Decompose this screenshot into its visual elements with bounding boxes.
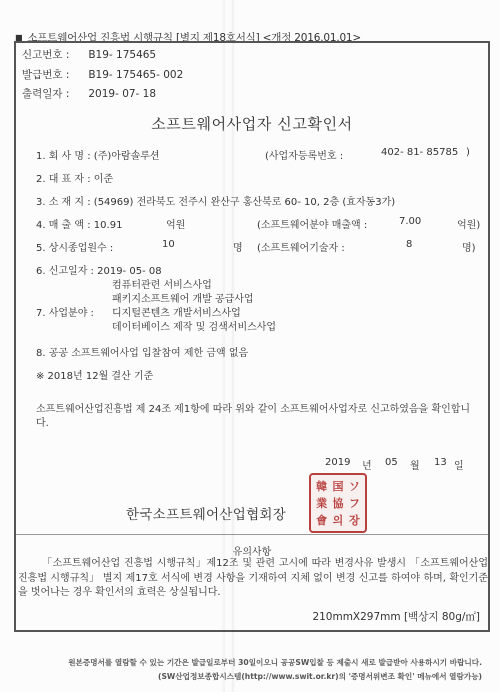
notice-title: 유의사항 <box>16 543 488 558</box>
ceo-label: 2. 대 표 자 : <box>36 174 91 185</box>
seal-glyph: 韓 <box>314 478 329 494</box>
company-name-row: 1. 회 사 명 : (주)아람솔루션 <box>36 147 160 162</box>
footnote-validity: 원본증명서를 열람할 수 있는 기간은 발급일로부터 30일이오니 공공SW입찰… <box>68 657 482 668</box>
seal-glyph: 協 <box>330 495 345 511</box>
issue-number-value: B19- 175465- 002 <box>88 69 183 81</box>
confirmation-statement: 소프트웨어산업진흥법 제 24조 제1항에 따라 위와 같이 소프트웨어사업자로… <box>36 403 476 431</box>
settlement-basis-note: ※ 2018년 12월 결산 기준 <box>36 367 153 382</box>
address-row: 3. 소 재 지 : (54969) 전라북도 전주시 완산구 홍산북로 60-… <box>36 193 395 208</box>
section-divider <box>16 534 488 535</box>
business-fields-label: 7. 사업분야 : <box>36 304 94 319</box>
print-date-value: 2019- 07- 18 <box>88 88 156 100</box>
report-date-label: 6. 신고일자 : <box>36 266 94 277</box>
report-number-value: B19- 175465 <box>88 49 156 61</box>
report-date-row: 6. 신고일자 : 2019- 05- 08 <box>36 262 162 277</box>
sw-sales-unit: 억원) <box>457 216 480 231</box>
paper-spec: 210mmX297mm [백상지 80g/㎡] <box>312 609 480 624</box>
certificate-frame: 신고번호 : B19- 175465 발급번호 : B19- 175465- 0… <box>14 41 490 632</box>
address-label: 3. 소 재 지 : <box>36 197 91 208</box>
business-field-2: 패키지소프트웨어 개발 공급사업 <box>112 290 254 305</box>
issue-number-label: 발급번호 : <box>22 67 85 82</box>
issue-month: 05 <box>385 457 398 468</box>
sales-label: 4. 매 출 액 : <box>36 220 91 231</box>
report-number-label: 신고번호 : <box>22 47 85 62</box>
sw-engineers-unit: 명) <box>462 239 476 254</box>
sw-engineers-label: (소프트웨어기술자 : <box>257 239 345 254</box>
issue-day-unit: 일 <box>454 457 464 472</box>
issue-number-row: 발급번호 : B19- 175465- 002 <box>22 67 183 82</box>
employees-label: 5. 상시종업원수 : <box>36 243 113 254</box>
sw-sales-value: 7.00 <box>399 216 421 227</box>
sw-engineers-value: 8 <box>406 239 412 250</box>
report-number-row: 신고번호 : B19- 175465 <box>22 47 156 62</box>
seal-glyph: ソ <box>347 478 362 494</box>
seal-glyph: 의 <box>330 512 345 528</box>
seal-glyph: 業 <box>314 495 329 511</box>
address-value: (54969) 전라북도 전주시 완산구 홍산북로 60- 10, 2층 (효자… <box>94 197 395 208</box>
issue-year: 2019 <box>325 457 350 468</box>
business-reg-close: ) <box>466 147 470 158</box>
document-title: 소프트웨어사업자 신고확인서 <box>16 113 488 134</box>
company-name-label: 1. 회 사 명 : <box>36 151 91 162</box>
issue-month-unit: 월 <box>410 457 420 472</box>
sales-unit: 억원 <box>166 216 185 231</box>
bid-limit-row: 8. 공공 소프트웨어사업 입찰참여 제한 금액 없음 <box>36 344 248 359</box>
business-field-4: 데이터베이스 제작 및 검색서비스사업 <box>112 318 276 333</box>
ceo-value: 이준 <box>94 174 113 185</box>
sales-value: 10.91 <box>94 220 123 231</box>
print-date-label: 출력일자 : <box>22 86 85 101</box>
employees-value: 10 <box>162 239 175 250</box>
issue-day: 13 <box>434 457 447 468</box>
seal-glyph: フ <box>347 495 362 511</box>
issuer-name: 한국소프트웨어산업협회장 <box>126 503 286 523</box>
company-name-value: (주)아람솔루션 <box>94 151 160 162</box>
ceo-row: 2. 대 표 자 : 이준 <box>36 170 113 185</box>
business-reg-label: (사업자등록번호 : <box>265 147 343 162</box>
business-field-3: 디지털콘텐츠 개발서비스사업 <box>112 304 241 319</box>
sales-row: 4. 매 출 액 : 10.91 <box>36 216 122 231</box>
official-seal-icon: 韓 国 ソ 業 協 フ 會 의 장 <box>309 473 367 533</box>
business-reg-value: 402- 81- 85785 <box>381 147 458 158</box>
sw-sales-label: (소프트웨어분야 매출액 : <box>257 216 367 231</box>
employees-row: 5. 상시종업원수 : <box>36 239 113 254</box>
seal-glyph: 国 <box>330 478 345 494</box>
seal-glyph: 會 <box>314 512 329 528</box>
notice-body: 「소프트웨어산업 진흥법 시행규칙」제12조 및 관련 고시에 따라 변경사유 … <box>18 557 488 601</box>
print-date-row: 출력일자 : 2019- 07- 18 <box>22 86 156 101</box>
business-field-1: 컴퓨터관련 서비스사업 <box>112 276 212 291</box>
seal-glyph: 장 <box>347 512 362 528</box>
footnote-verification: (SW산업정보종합시스템(http://www.swit.or.kr)의 '증명… <box>158 671 482 682</box>
issue-year-unit: 년 <box>362 457 372 472</box>
employees-unit: 명 <box>233 239 243 254</box>
